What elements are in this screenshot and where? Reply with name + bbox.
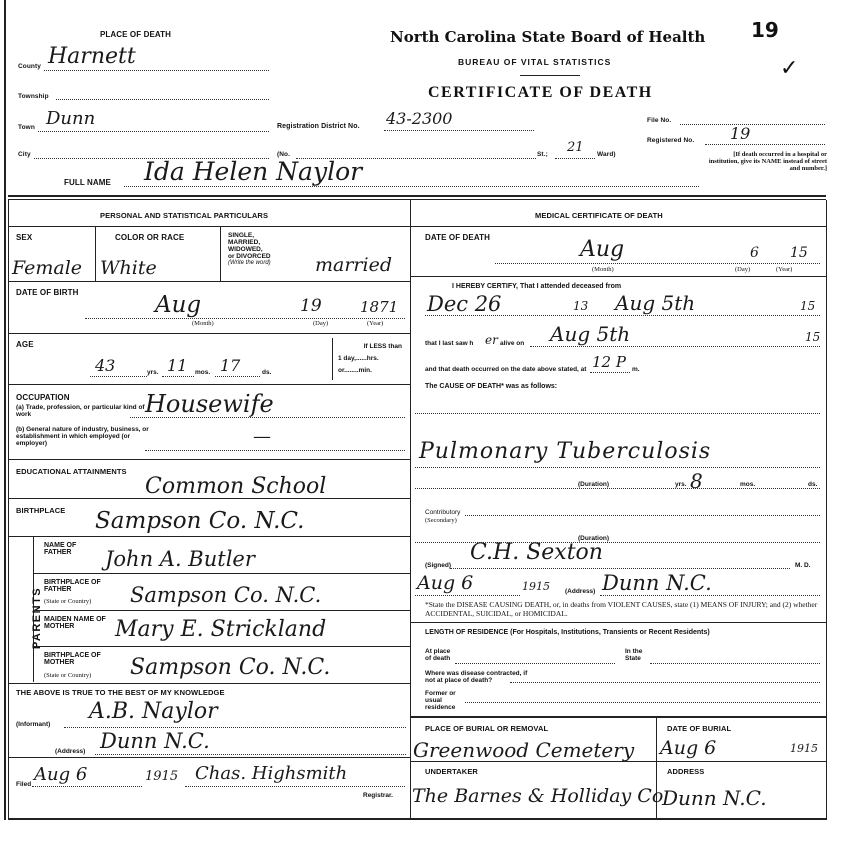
signed-address-field: Dunn N.C. bbox=[600, 575, 820, 596]
industry-value: — bbox=[253, 426, 271, 447]
occupation-label: OCCUPATION bbox=[16, 393, 70, 402]
cause-value: Pulmonary Tuberculosis bbox=[419, 439, 711, 464]
less-than-label: If LESS than bbox=[338, 341, 402, 353]
at-place-label: At place of death bbox=[425, 648, 455, 662]
undertaker-value: The Barnes & Holliday Co bbox=[412, 785, 663, 807]
row-line bbox=[410, 761, 826, 762]
township-field bbox=[56, 90, 269, 100]
marital-label-hint: (Write the word) bbox=[228, 260, 271, 267]
signed-label: (Signed) bbox=[425, 562, 451, 569]
ward-value: 21 bbox=[567, 140, 584, 155]
last-saw-label: that I last saw h bbox=[425, 340, 473, 347]
father-state-caption: (State or Country) bbox=[44, 598, 91, 605]
title-divider bbox=[520, 75, 580, 76]
file-no-label: File No. bbox=[647, 117, 671, 124]
registrar-label: Registrar. bbox=[363, 792, 393, 799]
row-line bbox=[8, 281, 410, 282]
dob-month-caption: (Month) bbox=[192, 320, 214, 327]
left-border bbox=[4, 0, 6, 820]
burial-place-value: Greenwood Cemetery bbox=[413, 738, 634, 762]
cause-field: Pulmonary Tuberculosis bbox=[415, 441, 820, 468]
right-frame bbox=[826, 200, 827, 820]
last-saw-year: 15 bbox=[805, 330, 820, 344]
age-mos: 11 bbox=[167, 356, 187, 375]
registrar-field: Chas. Highsmith bbox=[185, 766, 405, 787]
full-name-label: FULL NAME bbox=[64, 178, 111, 187]
filed-year-value: 1915 bbox=[145, 769, 178, 784]
dod-month: Aug bbox=[580, 237, 624, 262]
marital-label-married: MARRIED, bbox=[228, 239, 271, 246]
ward-label: Ward) bbox=[597, 151, 616, 158]
town-field: Dunn bbox=[38, 112, 269, 132]
dod-label: DATE OF DEATH bbox=[425, 233, 490, 242]
occupation-b-label: (b) General nature of industry, business… bbox=[16, 426, 151, 447]
contributory-line bbox=[465, 508, 820, 516]
registered-no-field: 19 bbox=[705, 124, 825, 145]
bureau-title: BUREAU OF VITAL STATISTICS bbox=[458, 57, 611, 67]
full-name-value: Ida Helen Naylor bbox=[144, 157, 362, 186]
marital-label: SINGLE, MARRIED, WIDOWED, or DIVORCED (W… bbox=[228, 232, 271, 267]
registration-district-field: 43-2300 bbox=[384, 112, 534, 131]
dod-day-caption: (Day) bbox=[735, 266, 750, 273]
father-birthplace-value: Sampson Co. N.C. bbox=[130, 583, 321, 607]
burial-place-label: PLACE OF BURIAL OR REMOVAL bbox=[425, 724, 548, 733]
former-residence-label: Former or usual residence bbox=[425, 690, 465, 711]
less-than-day-block: If LESS than 1 day,......hrs. or........… bbox=[338, 341, 402, 377]
min-label: or........min. bbox=[338, 365, 402, 377]
burial-date-value: Aug 6 bbox=[660, 737, 716, 759]
hrs-label: 1 day,......hrs. bbox=[338, 353, 402, 365]
duration-line bbox=[415, 481, 820, 489]
filed-label: Filed bbox=[16, 781, 31, 788]
dob-day: 19 bbox=[300, 296, 322, 316]
burial-date-label: DATE OF BURIAL bbox=[667, 724, 731, 733]
occupation-field: Housewife bbox=[130, 395, 405, 418]
dob-label: DATE OF BIRTH bbox=[16, 288, 78, 297]
marital-label-widowed: WIDOWED, bbox=[228, 246, 271, 253]
last-saw-pronoun: er bbox=[485, 333, 498, 347]
mother-state-caption: (State or Country) bbox=[44, 672, 91, 679]
certify-label: I HEREBY CERTIFY, That I attended deceas… bbox=[452, 283, 621, 290]
physician-value: C.H. Sexton bbox=[470, 540, 603, 565]
informant-address-label: (Address) bbox=[55, 748, 85, 755]
education-label: EDUCATIONAL ATTAINMENTS bbox=[16, 467, 127, 476]
signed-date-value: Aug 6 bbox=[417, 572, 473, 594]
alive-on-label: alive on bbox=[500, 340, 524, 347]
burial-year-value: 1915 bbox=[790, 742, 818, 755]
dod-month-caption: (Month) bbox=[592, 266, 614, 273]
certificate-title: CERTIFICATE OF DEATH bbox=[428, 84, 653, 102]
registrar-value: Chas. Highsmith bbox=[195, 763, 347, 784]
age-yrs: 43 bbox=[95, 356, 115, 375]
personal-heading: PERSONAL AND STATISTICAL PARTICULARS bbox=[100, 211, 268, 220]
row-line bbox=[8, 384, 410, 385]
row-line bbox=[410, 226, 826, 227]
filed-date-value: Aug 6 bbox=[34, 764, 87, 785]
residence-label: LENGTH OF RESIDENCE (For Hospitals, Inst… bbox=[425, 629, 710, 636]
former-residence-line bbox=[465, 695, 820, 703]
center-divider bbox=[410, 200, 411, 820]
signed-date-field: Aug 6 bbox=[415, 575, 520, 596]
page-number: 19 bbox=[751, 18, 779, 42]
mother-birthplace-label: BIRTHPLACE OF MOTHER bbox=[44, 652, 114, 666]
age-ds-field: 17 bbox=[215, 358, 260, 377]
col-line bbox=[220, 226, 221, 281]
age-label: AGE bbox=[16, 340, 34, 349]
row-line bbox=[8, 757, 410, 758]
row-line bbox=[33, 573, 410, 574]
industry-field: — bbox=[145, 430, 405, 451]
state-board-title: North Carolina State Board of Health bbox=[390, 28, 705, 46]
cause-label: The CAUSE OF DEATH* was as follows: bbox=[425, 383, 557, 390]
race-label: COLOR OR RACE bbox=[115, 233, 184, 242]
dob-year: 1871 bbox=[360, 298, 398, 316]
occupation-a-label: (a) Trade, profession, or particular kin… bbox=[16, 404, 146, 418]
informant-value: A.B. Naylor bbox=[89, 699, 218, 724]
section-divider bbox=[8, 195, 826, 197]
death-time-field: 12 P bbox=[590, 355, 630, 373]
county-value: Harnett bbox=[48, 44, 136, 69]
occupation-value: Housewife bbox=[145, 390, 274, 418]
sex-label: SEX bbox=[16, 233, 32, 242]
town-value: Dunn bbox=[46, 108, 95, 129]
dod-year: 15 bbox=[790, 245, 808, 261]
city-label: City bbox=[18, 151, 31, 158]
row-line bbox=[8, 226, 410, 227]
row-line bbox=[410, 622, 826, 623]
attended-to: Aug 5th bbox=[615, 291, 695, 315]
county-field: Harnett bbox=[44, 50, 269, 71]
mother-name-value: Mary E. Strickland bbox=[115, 617, 326, 642]
row-line bbox=[410, 276, 826, 277]
registration-district-label: Registration District No. bbox=[277, 123, 360, 130]
cause-footnote: *State the DISEASE CAUSING DEATH, or, in… bbox=[425, 600, 825, 618]
secondary-label: (Secondary) bbox=[425, 517, 457, 524]
dob-field: Aug 19 1871 bbox=[85, 296, 405, 319]
registration-district-value: 43-2300 bbox=[386, 109, 452, 128]
hospital-note: [If death occurred in a hospital or inst… bbox=[705, 151, 827, 172]
age-mos-field: 11 bbox=[162, 358, 194, 377]
place-of-death-heading: PLACE OF DEATH bbox=[100, 30, 171, 39]
registered-no-value: 19 bbox=[730, 124, 750, 143]
section-divider-2 bbox=[8, 199, 826, 200]
mos-caption: mos. bbox=[195, 369, 210, 376]
dod-year-caption: (Year) bbox=[776, 266, 792, 273]
check-mark-icon: ✓ bbox=[780, 55, 798, 81]
sex-value: Female bbox=[12, 257, 82, 279]
attended-from: Dec 26 bbox=[427, 292, 501, 316]
row-line bbox=[8, 536, 410, 537]
left-frame bbox=[8, 200, 9, 820]
birthplace-label: BIRTHPLACE bbox=[16, 506, 65, 515]
marital-label-single: SINGLE, bbox=[228, 232, 271, 239]
age-yrs-field: 43 bbox=[90, 358, 147, 377]
signed-address-label: (Address) bbox=[565, 588, 595, 595]
physician-field: C.H. Sexton bbox=[450, 544, 790, 569]
ward-field: 21 bbox=[555, 140, 595, 159]
row-line bbox=[33, 610, 410, 611]
age-ds: 17 bbox=[220, 356, 240, 375]
dob-year-caption: (Year) bbox=[367, 320, 383, 327]
col-line bbox=[95, 226, 96, 281]
dod-day: 6 bbox=[750, 245, 759, 261]
father-name-value: John A. Butler bbox=[105, 547, 255, 571]
death-time-label: and that death occurred on the date abov… bbox=[425, 366, 586, 373]
row-line bbox=[8, 683, 410, 684]
dod-field: Aug 6 15 bbox=[495, 243, 820, 264]
informant-address-value: Dunn N.C. bbox=[100, 729, 210, 753]
attended-field: Dec 26 13 Aug 5th 15 bbox=[425, 295, 820, 316]
contributory-label: Contributory bbox=[425, 509, 460, 516]
informant-address-field: Dunn N.C. bbox=[95, 732, 406, 755]
informant-heading: THE ABOVE IS TRUE TO THE BEST OF MY KNOW… bbox=[16, 688, 225, 697]
burial-address-value: Dunn N.C. bbox=[662, 786, 767, 810]
parents-side-label: PARENTS bbox=[31, 587, 43, 649]
signed-address-value: Dunn N.C. bbox=[602, 571, 712, 595]
full-name-field: Ida Helen Naylor bbox=[124, 162, 699, 187]
father-birthplace-label: BIRTHPLACE OF FATHER bbox=[44, 579, 114, 593]
contracted-line bbox=[510, 675, 820, 683]
last-saw-date: Aug 5th bbox=[550, 322, 630, 346]
row-line bbox=[8, 333, 410, 334]
medical-heading: MEDICAL CERTIFICATE OF DEATH bbox=[535, 211, 663, 220]
township-label: Township bbox=[18, 93, 49, 100]
marital-label-divorced: or DIVORCED bbox=[228, 253, 271, 260]
in-state-line bbox=[650, 656, 820, 664]
informant-field: A.B. Naylor bbox=[64, 702, 406, 728]
st-label: St.; bbox=[537, 151, 548, 158]
marital-value: married bbox=[315, 254, 392, 276]
row-line bbox=[8, 459, 410, 460]
mother-birthplace-value: Sampson Co. N.C. bbox=[130, 655, 330, 680]
row-line bbox=[8, 498, 410, 499]
col-line bbox=[332, 338, 333, 380]
filed-date-field: Aug 6 bbox=[32, 766, 142, 787]
death-time-value: 12 P bbox=[592, 353, 626, 371]
burial-address-label: ADDRESS bbox=[667, 767, 704, 776]
birthplace-value: Sampson Co. N.C. bbox=[95, 508, 305, 534]
ds-caption: ds. bbox=[262, 369, 271, 376]
signed-year-value: 1915 bbox=[522, 580, 550, 593]
dob-day-caption: (Day) bbox=[313, 320, 328, 327]
m-label: m. bbox=[632, 366, 640, 373]
father-name-label: NAME OF FATHER bbox=[44, 542, 99, 556]
yrs-caption: yrs. bbox=[147, 369, 159, 376]
informant-label: (Informant) bbox=[16, 721, 50, 728]
last-saw-field: Aug 5th 15 bbox=[530, 327, 820, 347]
county-label: County bbox=[18, 63, 41, 70]
dob-month: Aug bbox=[155, 292, 201, 318]
bottom-frame bbox=[8, 818, 826, 820]
education-value: Common School bbox=[145, 474, 326, 499]
age-field: 43 yrs. 11 mos. 17 ds. bbox=[90, 358, 325, 378]
registered-no-label: Registered No. bbox=[647, 137, 694, 144]
row-line bbox=[33, 646, 410, 647]
undertaker-label: UNDERTAKER bbox=[425, 767, 478, 776]
at-place-line bbox=[455, 656, 615, 664]
attended-to-year: 15 bbox=[800, 299, 815, 313]
race-value: White bbox=[100, 257, 157, 279]
cause-blank-line bbox=[415, 405, 820, 414]
md-label: M. D. bbox=[795, 562, 811, 569]
town-label: Town bbox=[18, 124, 35, 131]
attended-from-year: 13 bbox=[573, 299, 588, 313]
row-line bbox=[410, 716, 826, 718]
